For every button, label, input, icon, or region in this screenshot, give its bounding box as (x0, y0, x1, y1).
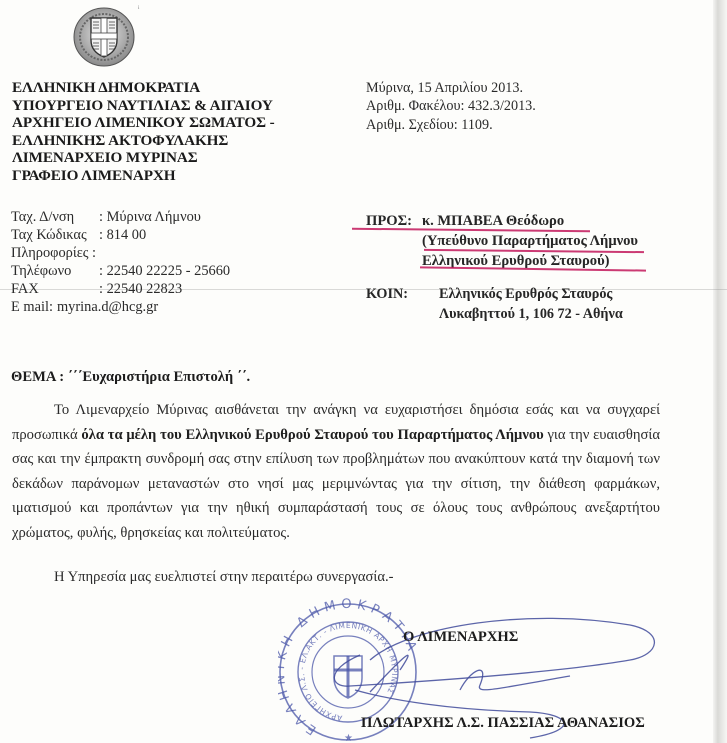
email-row: E mail: myrina.d@hcg.gr (11, 298, 230, 316)
organization-header: ΕΛΛΗΝΙΚΗ ΔΗΜΟΚΡΑΤΙΑ ΥΠΟΥΡΓΕΙΟ ΝΑΥΤΙΛΙΑΣ … (12, 79, 275, 185)
fax-value: : 22540 22823 (99, 280, 182, 298)
phone-row: Τηλέφωνο : 22540 22225 - 25660 (11, 262, 230, 280)
body-text-emphasis: όλα τα μέλη του Ελληνικού Ερυθρού Σταυρο… (81, 427, 543, 443)
postcode-value: : 814 00 (99, 226, 146, 244)
org-line: ΕΛΛΗΝΙΚΗΣ ΑΚΤΟΦΥΛΑΚΗΣ (12, 132, 275, 150)
svg-text:★: ★ (344, 733, 353, 743)
phone-label: Τηλέφωνο (11, 262, 99, 280)
cc-row: Λυκαβηττού 1, 106 72 - Αθήνα (366, 304, 623, 324)
draft-number: Αριθμ. Σχεδίου: 1109. (366, 116, 536, 134)
letter-page: ᵢ ΕΛΛΗΝΙΚΗ ΔΗΜΟΚΡΑΤΙΑ ΥΠΟΥΡΓΕΙΟ ΝΑΥΤΙΛΙΑ… (0, 0, 727, 743)
closing-line: Η Υπηρεσία μας ευελπιστεί στην περαιτέρω… (54, 569, 394, 586)
letter-body: Το Λιμεναρχείο Μύρινας αισθάνεται την αν… (12, 398, 660, 546)
spacer (366, 251, 422, 271)
spacer (366, 304, 439, 324)
address-label: Ταχ. Δ/νση (11, 208, 99, 226)
to-row: (Υπεύθυνο Παραρτήματος Λήμνου (366, 231, 638, 251)
org-line: ΛΙΜΕΝΑΡΧΕΙΟ ΜΥΡΙΝΑΣ (12, 149, 275, 167)
subject-line: ΘΕΜΑ : ΄΄΄Ευχαριστήρια Επιστολή ΄΄. (11, 369, 250, 386)
to-line: (Υπεύθυνο Παραρτήματος Λήμνου (422, 231, 638, 251)
signatory-title: Ο ΛΙΜΕΝΑΡΧΗΣ (403, 629, 518, 646)
spacer (366, 231, 422, 251)
signatory-name: ΠΛΩΤΑΡΧΗΣ Λ.Σ. ΠΑΣΣΙΑΣ ΑΘΑΝΑΣΙΟΣ (361, 715, 645, 732)
cc-line: Λυκαβηττού 1, 106 72 - Αθήνα (439, 304, 623, 324)
info-label: Πληροφορίες : (11, 244, 96, 262)
postcode-row: Ταχ Κώδικας : 814 00 (11, 226, 230, 244)
cc-label: ΚΟΙΝ: (366, 284, 439, 304)
contact-info: Ταχ. Δ/νση : Μύρινα Λήμνου Ταχ Κώδικας :… (11, 208, 230, 316)
fax-label: FAX (11, 280, 99, 298)
file-number: Αριθμ. Φακέλου: 432.3/2013. (366, 97, 536, 115)
cc-line: Ελληνικός Ερυθρός Σταυρός (439, 284, 612, 304)
org-line: ΕΛΛΗΝΙΚΗ ΔΗΜΟΚΡΑΤΙΑ (12, 79, 275, 97)
coat-of-arms-icon (72, 6, 136, 68)
cc-block: ΚΟΙΝ: Ελληνικός Ερυθρός Σταυρός Λυκαβηττ… (366, 284, 623, 324)
phone-value: : 22540 22225 - 25660 (99, 262, 230, 280)
org-line: ΥΠΟΥΡΓΕΙΟ ΝΑΥΤΙΛΙΑΣ & ΑΙΓΑΙΟΥ (12, 97, 275, 115)
body-text-end: για την ευαισθησία σας και την έμπρακτη … (12, 427, 660, 541)
fax-row: FAX : 22540 22823 (11, 280, 230, 298)
scan-edge (713, 0, 727, 743)
cc-row: ΚΟΙΝ: Ελληνικός Ερυθρός Σταυρός (366, 284, 623, 304)
recipient-block: ΠΡΟΣ: κ. ΜΠΑΒΕΑ Θεόδωρο (Υπεύθυνο Παραρτ… (366, 211, 638, 271)
address-value: : Μύρινα Λήμνου (99, 208, 201, 226)
document-references: Μύρινα, 15 Απριλίου 2013. Αριθμ. Φακέλου… (366, 79, 536, 134)
org-line: ΑΡΧΗΓΕΙΟ ΛΙΜΕΝΙΚΟΥ ΣΩΜΑΤΟΣ - (12, 114, 275, 132)
info-row: Πληροφορίες : (11, 244, 230, 262)
scan-speck: ᵢ (138, 0, 139, 10)
address-row: Ταχ. Δ/νση : Μύρινα Λήμνου (11, 208, 230, 226)
org-line: ΓΡΑΦΕΙΟ ΛΙΜΕΝΑΡΧΗ (12, 167, 275, 185)
body-paragraph: Το Λιμεναρχείο Μύρινας αισθάνεται την αν… (12, 398, 660, 546)
place-date: Μύρινα, 15 Απριλίου 2013. (366, 79, 536, 97)
email-label: E mail: (11, 298, 53, 316)
postcode-label: Ταχ Κώδικας (11, 226, 99, 244)
email-link[interactable]: myrina.d@hcg.gr (57, 298, 158, 316)
